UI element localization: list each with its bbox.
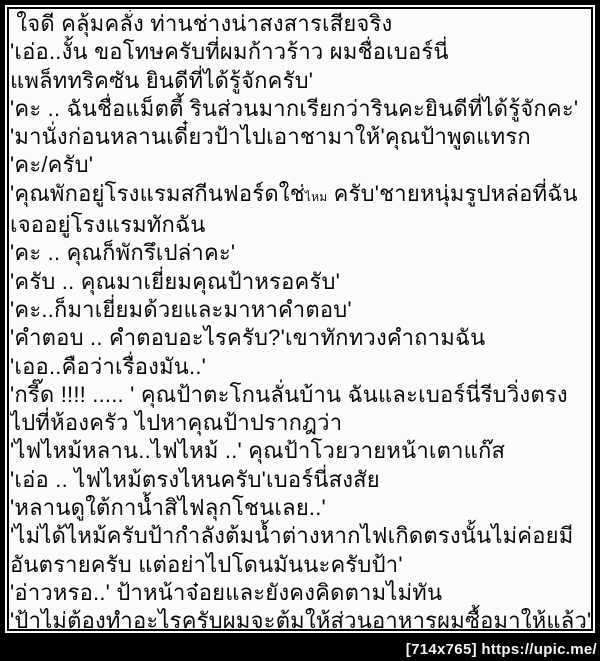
watermark-text: [714x765] https://upic.me/: [406, 641, 597, 658]
text-line: 'กรี๊ด !!!! ..... ' คุณป้าตะโกนลั่นบ้าน …: [10, 381, 590, 409]
screenshot-page: ใจดี คลุ้มคลั่ง ท่านช่างน่าสงสารเสียจริง…: [0, 0, 600, 661]
text-line: 'คะ/ครับ': [10, 151, 590, 179]
text-segment: ครับ'ชายหนุ่มรูปหล่อที่ฉัน: [327, 181, 577, 206]
text-line: ไปที่ห้องครัว ไปหาคุณป้าปรากฎว่า: [10, 409, 590, 437]
text-segment: 'คุณพักอยู่โรงแรมสกีนฟอร์ดใช่: [10, 181, 305, 206]
text-line: 'เอ่อ .. ไฟไหม้ตรงไหนครับ'เบอร์นี่สงสัย: [10, 466, 590, 494]
text-line: 'ครับ .. คุณมาเยี่ยมคุณป้าหรอครับ': [10, 268, 590, 296]
text-line: 'เอ่อ..งั้น ขอโทษครับที่ผมก้าวร้าว ผมชื่…: [10, 38, 590, 66]
text-line: 'เออ..คือว่าเรื่องมัน..': [10, 353, 590, 381]
text-line: ใจดี คลุ้มคลั่ง ท่านช่างน่าสงสารเสียจริง: [10, 10, 590, 38]
text-line: อันตรายครับ แต่อย่าไปโดนมันนะครับป้า': [10, 551, 590, 579]
text-lines: ใจดี คลุ้มคลั่ง ท่านช่างน่าสงสารเสียจริง…: [10, 10, 590, 628]
text-line: 'ไม่ได้ไหม้ครับป้ากำลังต้มน้ำต่างหากไฟเก…: [10, 522, 590, 550]
text-line: 'ป้าไม่ต้องทำอะไรครับผมจะต้มให้ส่วนอาหาร…: [10, 607, 590, 628]
text-line: 'หลานดูใต้กาน้ำสิไฟลุกโชนเลย..': [10, 494, 590, 522]
text-line: 'มานั่งก่อนหลานเดี๋ยวป้าไปเอาชามาให้'คุณ…: [10, 123, 590, 151]
text-line: แพล็ททริคซัน ยินดีที่ได้รู้จักครับ': [10, 67, 590, 95]
text-line: 'คะ .. ฉันชื่อแม็ตตี้ รินส่วนมากเรียกว่า…: [10, 95, 590, 123]
text-line: 'คะ..ก็มาเยี่ยมด้วยและมาหาคำตอบ': [10, 296, 590, 324]
text-line: เจออยู่โรงแรมทักฉัน: [10, 211, 590, 239]
text-line: 'คุณพักอยู่โรงแรมสกีนฟอร์ดใช่ไหม ครับ'ชา…: [10, 180, 590, 211]
text-line: 'ไฟไหม้หลาน..ไฟไหม้ ..' คุณป้าโวยวายหน้า…: [10, 437, 590, 465]
watermark-bar: [714x765] https://upic.me/: [0, 638, 600, 661]
text-line: 'คะ .. คุณก็พักรึเปล่าคะ': [10, 239, 590, 267]
framed-text-panel: ใจดี คลุ้มคลั่ง ท่านช่างน่าสงสารเสียจริง…: [0, 0, 600, 638]
text-line: 'คำตอบ .. คำตอบอะไรครับ?'เขาทักทวงคำถามฉ…: [10, 324, 590, 352]
text-line: 'อ่าวหรอ..' ป้าหน้าจ๋อยและยังคงคิดตามไม่…: [10, 579, 590, 607]
small-inline-text: ไหม: [305, 190, 327, 204]
